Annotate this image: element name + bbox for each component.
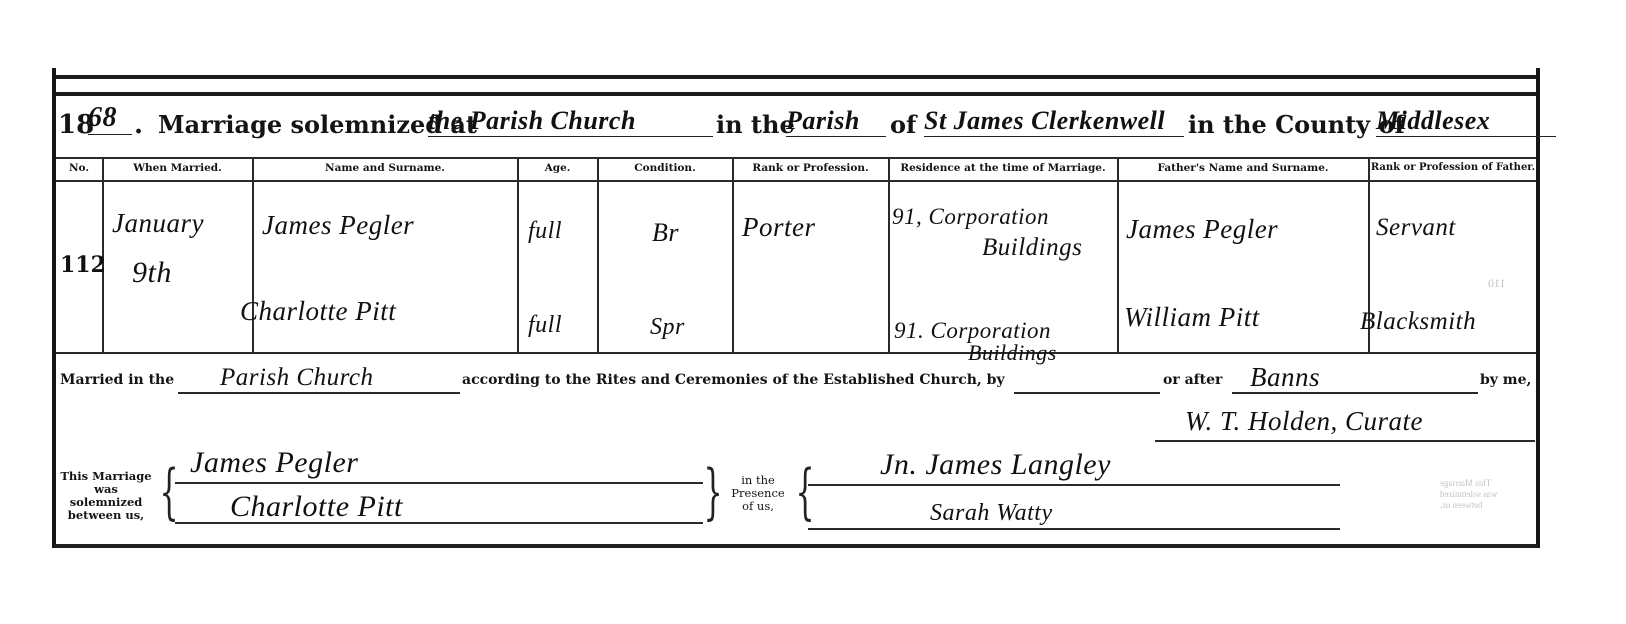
entry-number: 112	[60, 252, 106, 278]
place-handwritten: the Parish Church	[428, 106, 713, 137]
in-the-label: in the	[716, 110, 795, 139]
bride-father-profession: Blacksmith	[1360, 308, 1476, 336]
when-married-day: 9th	[132, 256, 172, 290]
col-divider-3	[517, 157, 519, 352]
groom-residence-line1: 91, Corporation	[892, 204, 1049, 230]
bride-condition: Spr	[650, 314, 685, 341]
or-after-handwritten: Banns	[1250, 362, 1320, 393]
col-divider-6	[888, 157, 890, 352]
parish-handwritten: Parish	[786, 106, 886, 137]
by-me-label: by me,	[1480, 372, 1531, 388]
married-in-handwritten: Parish Church	[220, 364, 374, 392]
top-double-rule-upper	[56, 75, 1536, 79]
groom-profession: Porter	[742, 212, 816, 243]
groom-name: James Pegler	[262, 210, 414, 241]
county-label: in the County of	[1188, 110, 1405, 139]
married-in-line	[178, 392, 460, 394]
groom-signature-line	[175, 482, 703, 484]
married-in-label: Married in the	[60, 372, 174, 388]
col-divider-7	[1117, 157, 1119, 352]
bride-residence-line2: Buildings	[968, 340, 1057, 366]
solemnized-label: This Marriage was solemnized between us,	[56, 470, 156, 522]
col-divider-5	[732, 157, 734, 352]
county-handwritten: Middlesex	[1376, 106, 1556, 137]
col-header-profession: Rank or Profession.	[733, 162, 888, 174]
register-title-row: 18 68 . Marriage solemnized at the Paris…	[58, 104, 1558, 144]
col-header-name: Name and Surname.	[253, 162, 517, 174]
witness2-signature: Sarah Watty	[930, 500, 1053, 527]
col-header-father-name: Father's Name and Surname.	[1118, 162, 1368, 174]
solemnized-label-line3: between us,	[56, 509, 156, 522]
witness2-signature-line	[808, 528, 1340, 530]
table-header-rule	[56, 180, 1536, 182]
table-bottom-rule	[56, 352, 1536, 354]
when-married-month: January	[112, 208, 204, 239]
groom-father-profession: Servant	[1376, 214, 1456, 242]
col-header-father-profession: Rank or Profession of Father.	[1369, 162, 1537, 173]
top-double-rule-lower	[56, 92, 1536, 96]
bleedthrough-number: 110	[1488, 278, 1506, 289]
solemnized-label-line2: was solemnized	[56, 483, 156, 509]
year-period: .	[134, 110, 143, 140]
col-divider-4	[597, 157, 599, 352]
witness1-signature-line	[808, 484, 1340, 486]
groom-age: full	[528, 218, 562, 245]
officiant-signature: W. T. Holden, Curate	[1185, 406, 1423, 437]
groom-condition: Br	[652, 218, 679, 248]
col-header-condition: Condition.	[598, 162, 732, 174]
groom-residence-line2: Buildings	[982, 234, 1082, 262]
presence-label-line3: of us,	[718, 500, 798, 513]
year-suffix-handwritten: 68	[88, 102, 132, 135]
by-line	[1014, 392, 1160, 394]
witness1-signature: Jn. James Langley	[880, 448, 1111, 482]
col-header-no: No.	[56, 162, 102, 174]
col-header-when-married: When Married.	[103, 162, 252, 174]
parish-name-handwritten: St James Clerkenwell	[924, 106, 1184, 137]
groom-signature: James Pegler	[190, 446, 358, 480]
or-after-label: or after	[1163, 372, 1222, 388]
bride-father-name: William Pitt	[1124, 302, 1260, 333]
col-header-age: Age.	[518, 162, 597, 174]
bride-age: full	[528, 312, 562, 339]
presence-label: in the Presence of us,	[718, 474, 798, 513]
officiant-line	[1155, 440, 1535, 442]
bleedthrough-text: This Marriage was solemnized between us,	[1440, 478, 1530, 511]
bride-name: Charlotte Pitt	[240, 296, 396, 327]
left-brace-2: {	[796, 462, 815, 522]
col-header-residence: Residence at the time of Marriage.	[889, 162, 1117, 174]
rites-text: according to the Rites and Ceremonies of…	[462, 372, 1005, 388]
bride-signature: Charlotte Pitt	[230, 490, 403, 524]
table-top-rule	[56, 157, 1536, 159]
groom-father-name: James Pegler	[1126, 214, 1278, 245]
left-brace-1: {	[160, 462, 179, 522]
of-label: of	[890, 110, 916, 139]
